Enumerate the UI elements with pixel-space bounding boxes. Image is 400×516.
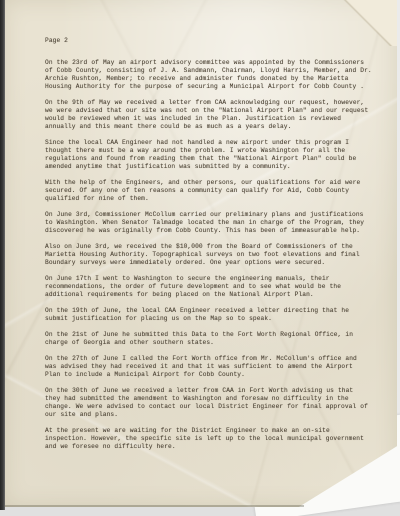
paragraph: With the help of the Engineers, and othe… [45,179,372,203]
paragraph: On June 3rd, Commissioner McCollum carri… [45,211,372,235]
paragraph: Since the local CAA Engineer had not han… [45,139,372,171]
scanned-page: Page 2 On the 23rd of May an airport adv… [4,0,397,507]
paragraph: At the present we are waiting for the Di… [45,427,372,451]
scan-left-edge [0,0,5,510]
paragraph: On the 21st of June he submitted this Da… [45,331,372,347]
paragraph: On June 17th I went to Washington to sec… [45,275,372,299]
page-number-label: Page 2 [45,37,372,45]
paper-edge-shadow [4,505,304,507]
paragraph: On the 27th of June I called the Fort Wo… [45,355,372,379]
page-content: Page 2 On the 23rd of May an airport adv… [45,37,372,459]
paragraph: On the 9th of May we received a letter f… [45,99,372,131]
paragraph: On the 23rd of May an airport advisory c… [45,59,372,91]
paragraph: On the 19th of June, the local CAA Engin… [45,307,372,323]
paragraph: Also on June 3rd, we received the $10,00… [45,243,372,267]
scanned-document-view: Page 2 On the 23rd of May an airport adv… [0,0,400,516]
paragraph: On the 30th of June we received a letter… [45,387,372,419]
